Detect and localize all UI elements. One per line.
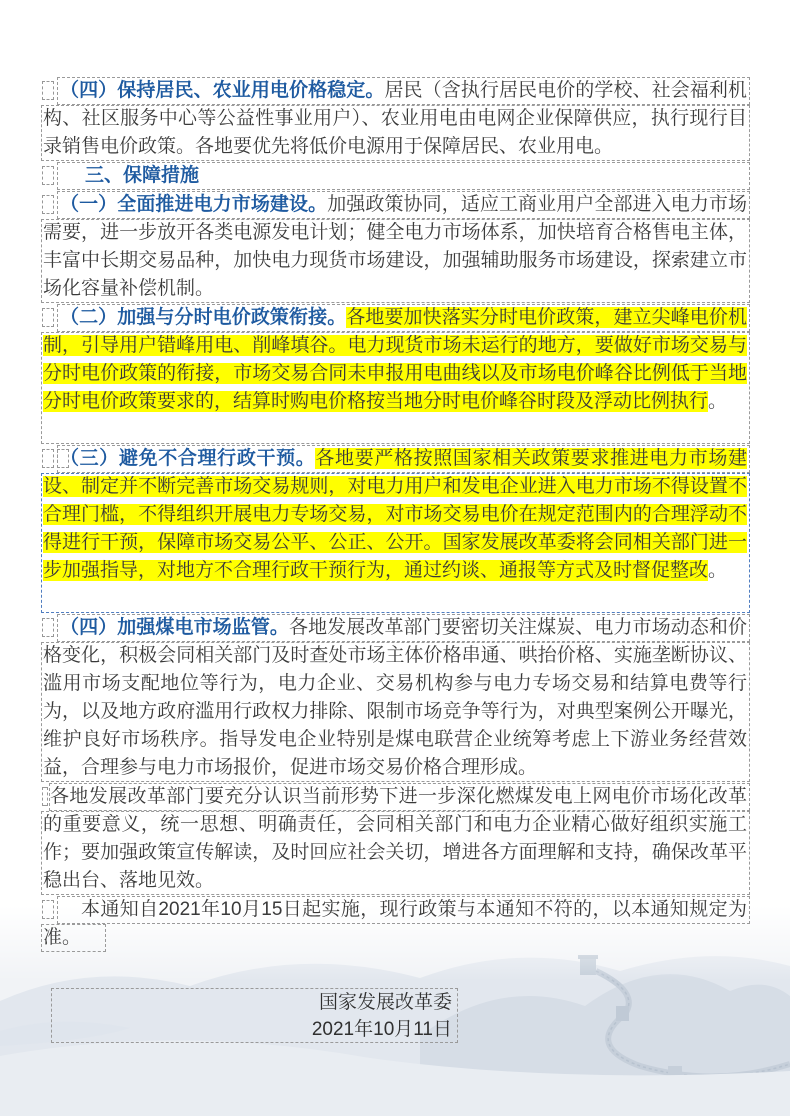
para-residential-agricultural-price: （四）保持居民、农业用电价格稳定。居民（含执行居民电价的学校、社会福利机构、社区… (41, 77, 749, 161)
paragraph-text: （四）保持居民、农业用电价格稳定。居民（含执行居民电价的学校、社会福利机构、社区… (41, 77, 749, 161)
text-segment-normal: 各地发展改革部门要充分认识当前形势下进一步深化燃煤发电上网电价市场化改革的重要意… (43, 786, 747, 891)
paragraph-text: （四）加强煤电市场监管。各地发展改革部门要密切关注煤炭、电力市场动态和价格变化，… (41, 614, 749, 782)
text-segment-normal: 本通知自2021年10月15日起实施，现行政策与本通知不符的，以本通知规定为准。 (43, 899, 747, 948)
text-segment-blue-bold: （二）加强与分时电价政策衔接。 (60, 307, 346, 328)
document-body: （四）保持居民、农业用电价格稳定。居民（含执行居民电价的学校、社会福利机构、社区… (41, 77, 749, 953)
signature-date: 2021年10月11日 (57, 1016, 452, 1043)
para-avoid-administrative-interference: （三）避免不合理行政干预。各地要严格按照国家相关政策要求推进电力市场建设、制定并… (41, 445, 749, 613)
paragraph-text: 各地发展改革部门要充分认识当前形势下进一步深化燃煤发电上网电价市场化改革的重要意… (41, 783, 749, 895)
text-segment-blue-bold: （三）避免不合理行政干预。 (60, 448, 315, 469)
text-segment-blue-bold: 三、保障措施 (85, 165, 199, 186)
text-segment-normal: 各地发展改革部门要密切关注煤炭、电力市场动态和价格变化，积极会同相关部门及时查处… (43, 617, 747, 778)
text-segment-normal: 。 (708, 560, 727, 581)
para-promote-power-market: （一）全面推进电力市场建设。加强政策协同，适应工商业用户全部进入电力市场需要，进… (41, 191, 749, 303)
para-effective-date: 本通知自2021年10月15日起实施，现行政策与本通知不符的，以本通知规定为准。 (41, 896, 749, 952)
signature-block: 国家发展改革委 2021年10月11日 (51, 988, 458, 1043)
paragraph-text: （三）避免不合理行政干预。各地要严格按照国家相关政策要求推进电力市场建设、制定并… (41, 445, 749, 585)
text-segment-blue-bold: （四）保持居民、农业用电价格稳定。 (60, 80, 384, 101)
document-page: （四）保持居民、农业用电价格稳定。居民（含执行居民电价的学校、社会福利机构、社区… (0, 0, 790, 1116)
para-coal-power-market-supervision: （四）加强煤电市场监管。各地发展改革部门要密切关注煤炭、电力市场动态和价格变化，… (41, 614, 749, 782)
heading-section-3-safeguards: 三、保障措施 (41, 162, 749, 190)
para-reform-implementation: 各地发展改革部门要充分认识当前形势下进一步深化燃煤发电上网电价市场化改革的重要意… (41, 783, 749, 895)
paragraph-text: （二）加强与分时电价政策衔接。各地要加快落实分时电价政策，建立尖峰电价机制，引导… (41, 304, 749, 416)
text-segment-normal: 。 (708, 391, 727, 412)
para-time-of-use-price-policy: （二）加强与分时电价政策衔接。各地要加快落实分时电价政策，建立尖峰电价机制，引导… (41, 304, 749, 444)
paragraph-text: （一）全面推进电力市场建设。加强政策协同，适应工商业用户全部进入电力市场需要，进… (41, 191, 749, 303)
paragraph-text: 三、保障措施 (41, 162, 749, 190)
text-segment-blue-bold: （一）全面推进电力市场建设。 (60, 194, 327, 215)
signature-agency: 国家发展改革委 (57, 989, 452, 1016)
text-segment-blue-bold: （四）加强煤电市场监管。 (60, 617, 289, 638)
paragraph-text: 本通知自2021年10月15日起实施，现行政策与本通知不符的，以本通知规定为准。 (41, 896, 749, 952)
